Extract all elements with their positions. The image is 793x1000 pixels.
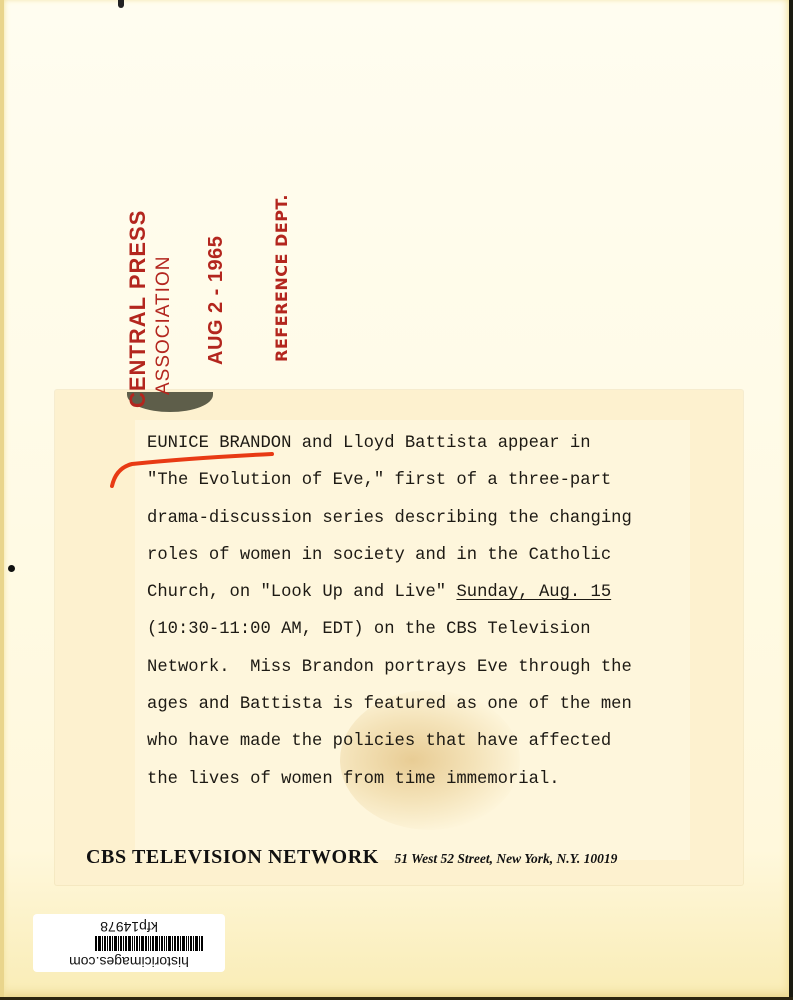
stamp-association: ASSOCIATION bbox=[153, 256, 175, 395]
barcode-icon bbox=[53, 936, 203, 951]
caption-line-8: ages and Battista is featured as one of … bbox=[147, 686, 707, 723]
top-ink-mark bbox=[118, 0, 124, 8]
caption-line-7: Network. Miss Brandon portrays Eve throu… bbox=[147, 649, 707, 686]
left-edge bbox=[0, 0, 4, 1000]
caption-line-6: (10:30-11:00 AM, EDT) on the CBS Televis… bbox=[147, 611, 707, 648]
stamp-date: AUG 2 - 1965 bbox=[205, 236, 228, 365]
right-edge bbox=[789, 0, 793, 1000]
stamp-central-press: CENTRAL PRESS bbox=[125, 210, 151, 408]
caption-line-9: who have made the policies that have aff… bbox=[147, 723, 707, 760]
caption-line-4: roles of women in society and in the Cat… bbox=[147, 537, 707, 574]
barcode-label: historicimages.com kfp14978 bbox=[33, 914, 225, 972]
caption-line-1: EUNICE BRANDON and Lloyd Battista appear… bbox=[147, 425, 707, 462]
caption-line-10: the lives of women from time immemorial. bbox=[147, 761, 707, 798]
barcode-site: historicimages.com bbox=[33, 954, 225, 970]
network-footer: CBS TELEVISION NETWORK 51 West 52 Street… bbox=[86, 846, 617, 869]
barcode-label-rotated: historicimages.com kfp14978 bbox=[33, 914, 225, 972]
stamp-reference-dept: REFERENCE DEPT. bbox=[272, 194, 291, 362]
barcode-id: kfp14978 bbox=[33, 919, 225, 935]
air-date: Sunday, Aug. 15 bbox=[456, 583, 611, 602]
caption-text: EUNICE BRANDON and Lloyd Battista appear… bbox=[147, 425, 707, 798]
network-address: 51 West 52 Street, New York, N.Y. 10019 bbox=[395, 851, 618, 866]
network-name: CBS TELEVISION NETWORK bbox=[86, 846, 379, 868]
ink-dot bbox=[8, 565, 15, 572]
name-highlight: EUNICE BRANDON bbox=[147, 434, 291, 453]
caption-line-5: Church, on "Look Up and Live" Sunday, Au… bbox=[147, 574, 707, 611]
caption-line-3: drama-discussion series describing the c… bbox=[147, 500, 707, 537]
caption-line-2: "The Evolution of Eve," first of a three… bbox=[147, 462, 707, 499]
